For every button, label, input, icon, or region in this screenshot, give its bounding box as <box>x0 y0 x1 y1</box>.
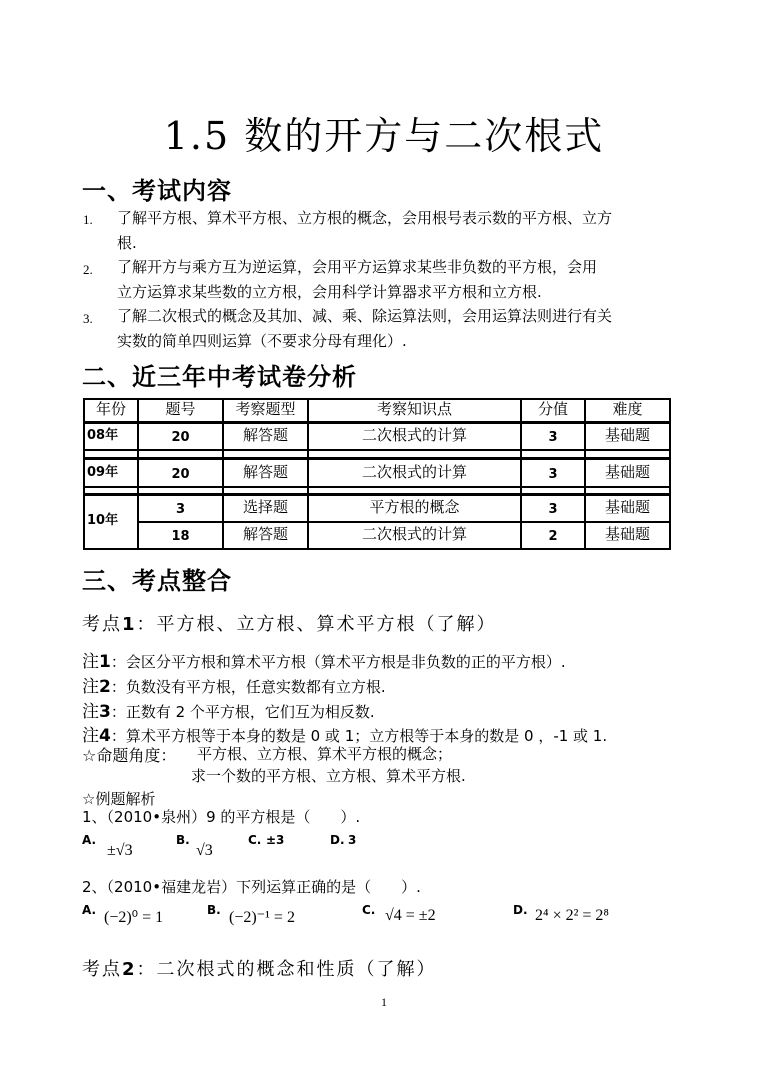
option-expr: √3 <box>196 842 213 860</box>
table-cell-number: 3 <box>139 500 222 520</box>
table-cell-level: 基础题 <box>586 497 669 517</box>
table-header: 考察题型 <box>224 399 307 419</box>
option-label: C. <box>362 903 375 917</box>
note-2: 注2：负数没有平方根，任意实数都有立方根. <box>82 672 386 697</box>
table-cell-topic: 二次根式的计算 <box>309 462 520 482</box>
table-cell-score: 2 <box>522 527 584 547</box>
table-cell-year: 08年 <box>85 426 139 446</box>
option-label: D. <box>330 833 345 847</box>
list-number: 1. <box>83 212 93 228</box>
table-cell-type: 解答题 <box>224 425 307 445</box>
key-point-2-heading: 考点2：二次根式的概念和性质（了解） <box>82 955 437 981</box>
page-title: 1.5 数的开方与二次根式 <box>0 112 768 160</box>
option-expr: 2⁴ × 2² = 2⁸ <box>535 907 609 925</box>
list-number: 3. <box>83 311 93 327</box>
table-cell-type: 解答题 <box>224 462 307 482</box>
key-point-label: 考点 <box>82 959 122 980</box>
question-1-stem: 1、（2010•泉州）9 的平方根是（ ）. <box>82 806 360 827</box>
table-cell-score: 3 <box>522 465 584 485</box>
table-cell-number: 18 <box>139 527 222 547</box>
question-angle-label: ☆命题角度： <box>82 743 176 766</box>
key-point-number: 2 <box>122 959 137 980</box>
section-heading-exam-analysis: 二、近三年中考试卷分析 <box>82 362 357 392</box>
table-cell-level: 基础题 <box>586 425 669 445</box>
table-header: 分值 <box>522 399 584 419</box>
list-item-line: 了解二次根式的概念及其加、减、乘、除运算法则，会用运算法则进行有关 <box>117 305 612 327</box>
table-cell-topic: 二次根式的计算 <box>309 524 520 544</box>
option-label: C. <box>248 833 261 847</box>
key-point-title: ：二次根式的概念和性质（了解） <box>137 959 437 980</box>
list-item-line: 了解开方与乘方互为逆运算，会用平方运算求某些非负数的平方根，会用 <box>117 256 597 278</box>
option-expr: (−2)⁻¹ = 2 <box>229 907 295 927</box>
note-3: 注3：正数有 2 个平方根，它们互为相反数. <box>82 697 375 722</box>
table-cell-type: 选择题 <box>224 497 307 517</box>
list-item-line: 立方运算求某些数的立方根，会用科学计算器求平方根和立方根. <box>117 281 542 303</box>
table-cell-type: 解答题 <box>224 524 307 544</box>
exam-analysis-table: 年份 题号 考察题型 考察知识点 分值 难度 08年 20 解答题 二次根式的计… <box>83 398 671 550</box>
table-header: 题号 <box>139 399 222 419</box>
list-item-line: 根. <box>117 232 137 254</box>
option-label: A. <box>82 903 96 917</box>
table-cell-topic: 平方根的概念 <box>309 497 520 517</box>
list-item-line: 了解平方根、算术平方根、立方根的概念，会用根号表示数的平方根、立方 <box>117 207 612 229</box>
option-label: B. <box>176 833 190 847</box>
table-cell-level: 基础题 <box>586 462 669 482</box>
option-expr: √4 = ±2 <box>385 907 436 925</box>
option-expr: 3 <box>348 833 356 847</box>
table-cell-score: 3 <box>522 500 584 520</box>
section-heading-key-points: 三、考点整合 <box>82 566 232 596</box>
section-heading-exam-content: 一、考试内容 <box>82 176 232 206</box>
table-cell-year: 10年 <box>85 511 139 531</box>
option-expr: ±√3 <box>107 842 133 860</box>
option-label: A. <box>82 833 96 847</box>
note-1: 注1：会区分平方根和算术平方根（算术平方根是非负数的正的平方根）. <box>82 647 566 672</box>
table-cell-number: 20 <box>139 428 222 448</box>
option-label: D. <box>513 903 528 917</box>
question-2-stem: 2、（2010•福建龙岩）下列运算正确的是（ ）. <box>82 876 421 897</box>
option-expr: ±3 <box>266 833 284 847</box>
table-header: 考察知识点 <box>309 399 520 419</box>
key-point-label: 考点 <box>82 614 122 635</box>
list-number: 2. <box>83 262 93 278</box>
key-point-title: ：平方根、立方根、算术平方根（了解） <box>137 614 497 635</box>
option-expr: (−2)⁰ = 1 <box>104 907 163 927</box>
table-cell-level: 基础题 <box>586 524 669 544</box>
table-cell-number: 20 <box>139 465 222 485</box>
list-item-line: 实数的简单四则运算（不要求分母有理化）. <box>117 330 407 352</box>
table-cell-topic: 二次根式的计算 <box>309 425 520 445</box>
option-label: B. <box>207 903 221 917</box>
table-cell-score: 3 <box>522 428 584 448</box>
page-number: 1 <box>0 995 768 1010</box>
table-header: 年份 <box>85 399 137 419</box>
key-point-number: 1 <box>122 614 137 635</box>
question-angle-line: 求一个数的平方根、立方根、算术平方根. <box>191 765 466 786</box>
question-angle-line: 平方根、立方根、算术平方根的概念； <box>197 743 452 764</box>
key-point-1-heading: 考点1：平方根、立方根、算术平方根（了解） <box>82 610 497 636</box>
table-cell-year: 09年 <box>85 463 139 483</box>
table-header: 难度 <box>586 399 669 419</box>
